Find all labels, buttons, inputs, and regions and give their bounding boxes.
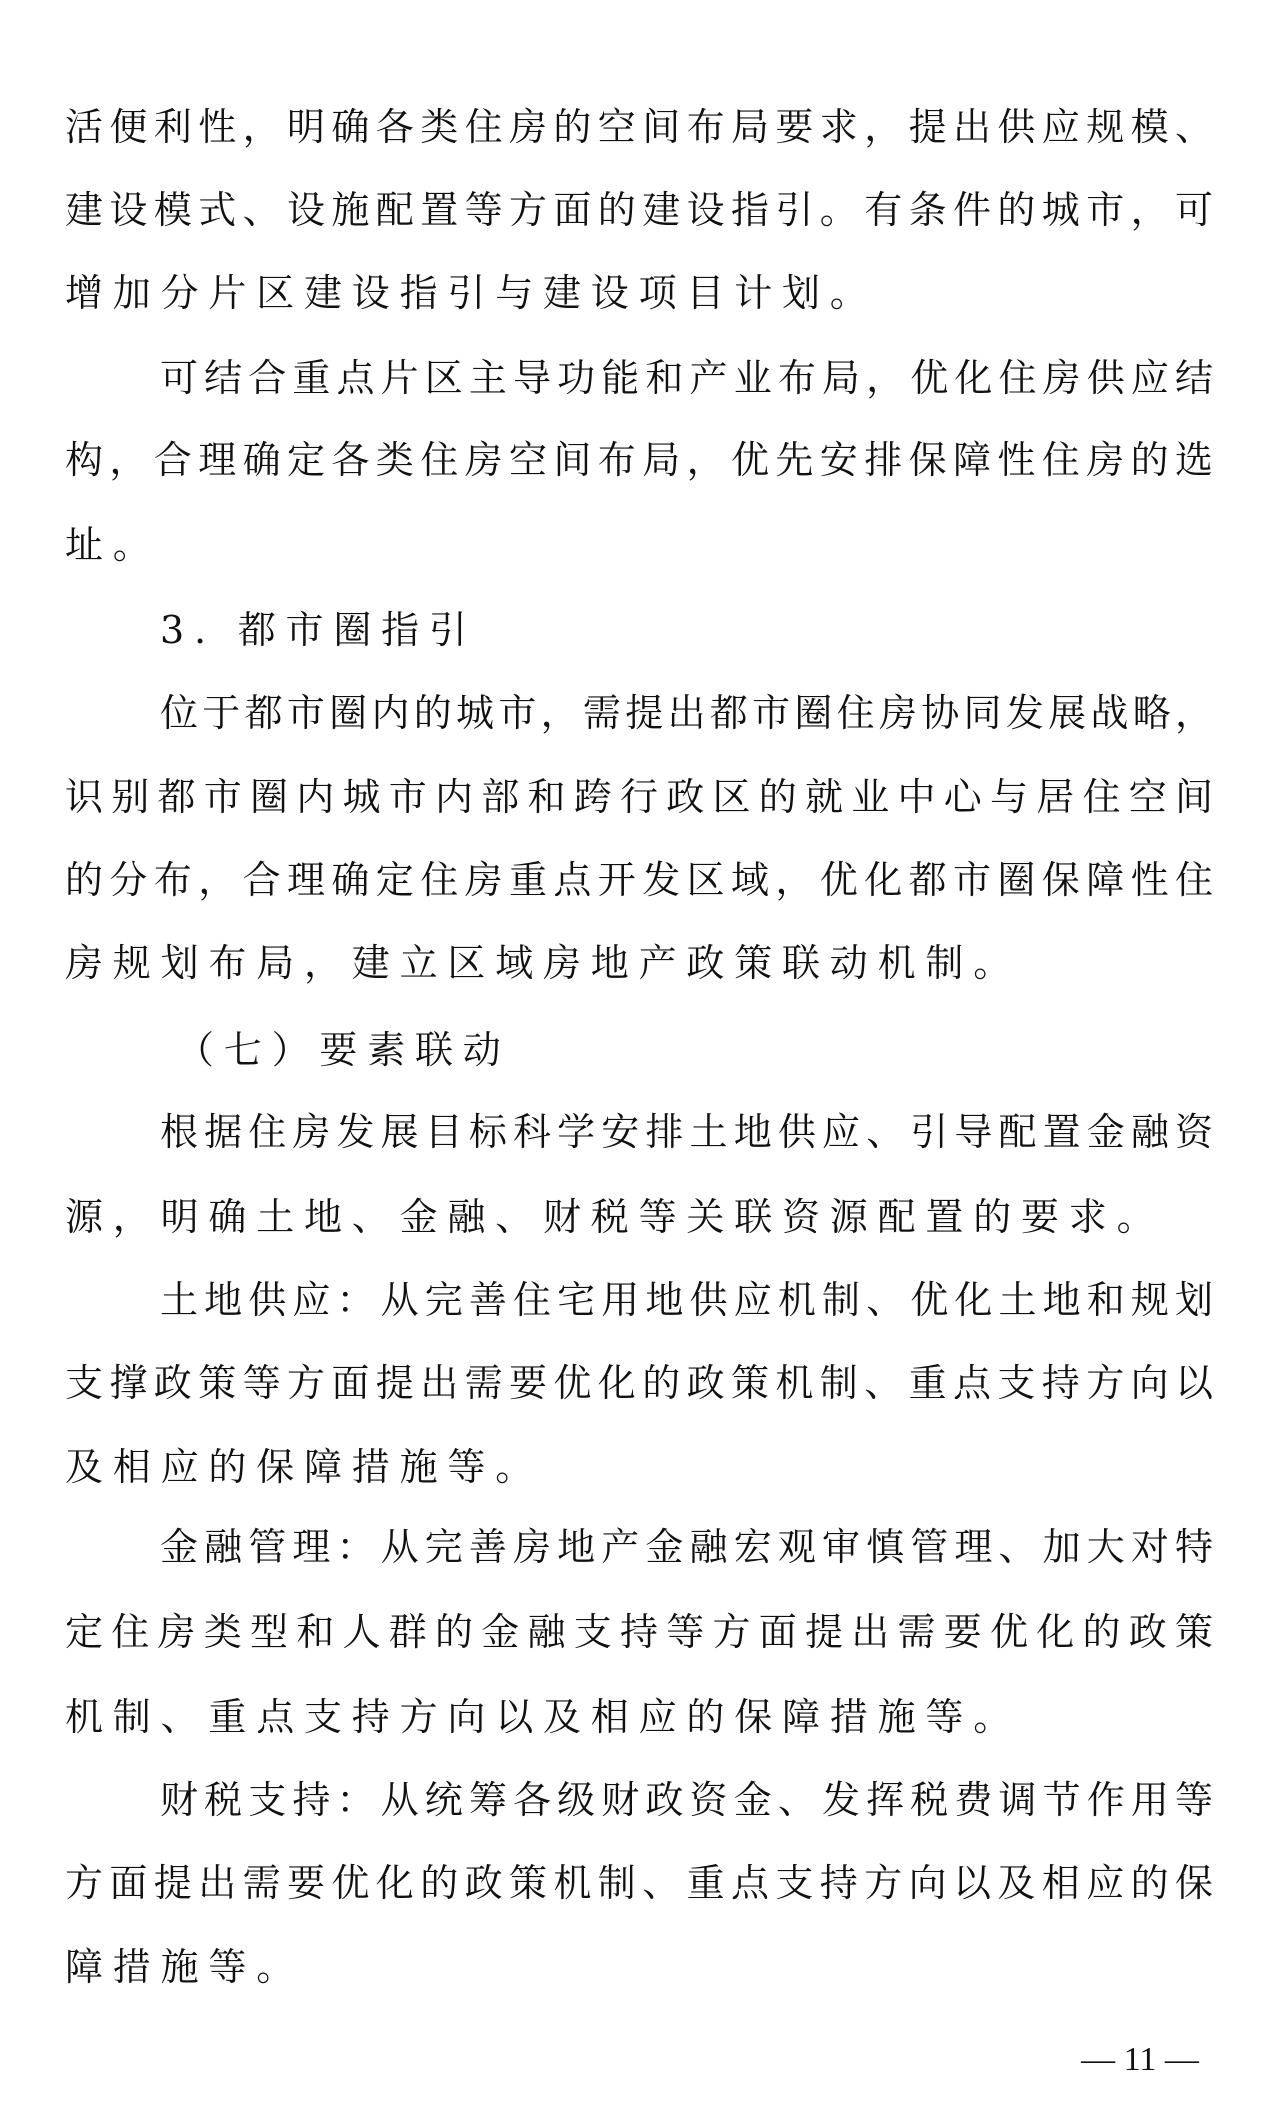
- subsection-heading: 3. 都市圈指引: [65, 589, 1213, 672]
- body-text-line: 障措施等。: [65, 1926, 1213, 2009]
- body-text-line: 房规划布局，建立区域房地产政策联动机制。: [65, 922, 1213, 1005]
- section-heading: （七）要素联动: [65, 1009, 1213, 1092]
- paragraph-first-line: 根据住房发展目标科学安排土地供应、引导配置金融资: [65, 1091, 1213, 1174]
- body-text-line: 增加分片区建设指引与建设项目计划。: [65, 252, 1213, 335]
- paragraph-first-line: 财税支持：从统筹各级财政资金、发挥税费调节作用等: [65, 1759, 1213, 1842]
- body-text-line: 建设模式、设施配置等方面的建设指引。有条件的城市，可: [65, 169, 1213, 252]
- paragraph-first-line: 位于都市圈内的城市，需提出都市圈住房协同发展战略，: [65, 672, 1213, 755]
- document-page: 活便利性，明确各类住房的空间布局要求，提出供应规模、 建设模式、设施配置等方面的…: [0, 0, 1280, 2117]
- body-text-line: 识别都市圈内城市内部和跨行政区的就业中心与居住空间: [65, 756, 1213, 839]
- body-text-line: 及相应的保障措施等。: [65, 1426, 1213, 1509]
- body-text-line: 活便利性，明确各类住房的空间布局要求，提出供应规模、: [65, 86, 1213, 169]
- body-text-line: 址。: [65, 504, 1213, 587]
- body-text-line: 源，明确土地、金融、财税等关联资源配置的要求。: [65, 1176, 1213, 1259]
- paragraph-first-line: 可结合重点片区主导功能和产业布局，优化住房供应结: [65, 337, 1213, 420]
- body-text-line: 机制、重点支持方向以及相应的保障措施等。: [65, 1676, 1213, 1759]
- body-text-line: 方面提出需要优化的政策机制、重点支持方向以及相应的保: [65, 1842, 1213, 1925]
- body-text-line: 构，合理确定各类住房空间布局，优先安排保障性住房的选: [65, 419, 1213, 502]
- paragraph-first-line: 土地供应：从完善住宅用地供应机制、优化土地和规划: [65, 1259, 1213, 1342]
- body-text-line: 的分布，合理确定住房重点开发区域，优化都市圈保障性住: [65, 839, 1213, 922]
- body-text-line: 支撑政策等方面提出需要优化的政策机制、重点支持方向以: [65, 1342, 1213, 1425]
- body-text-line: 定住房类型和人群的金融支持等方面提出需要优化的政策: [65, 1591, 1213, 1674]
- page-number: — 11 —: [1060, 2035, 1220, 2085]
- paragraph-first-line: 金融管理：从完善房地产金融宏观审慎管理、加大对特: [65, 1506, 1213, 1589]
